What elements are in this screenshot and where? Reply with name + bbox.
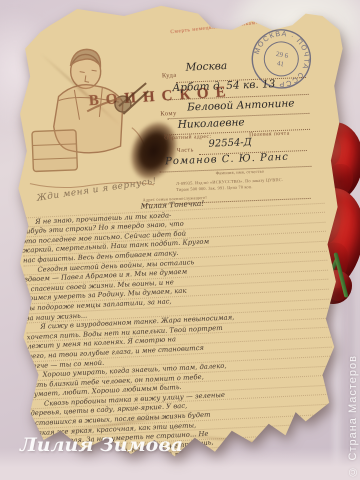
address-city: Москва	[185, 60, 227, 74]
sender-name: Романов С. Ю. Ранс	[165, 152, 289, 168]
unit-label: Часть	[177, 147, 194, 154]
author-watermark: Лилия Зимова	[20, 434, 183, 456]
field-post-label: Полевая почта	[249, 131, 290, 139]
aged-paper: Смерть немецким захватчикам! ВОИНСКОЕ МО…	[10, 2, 346, 468]
sender-caption: Фамилия, имя, отчество	[216, 169, 265, 176]
letter-lines: Я не знаю, прочитаешь ли ты когда-нибудь…	[21, 203, 337, 467]
photo-of-war-letter: Смерть немецким захватчикам! ВОИНСКОЕ МО…	[0, 0, 360, 480]
unit-number: 92554-Д	[208, 137, 252, 150]
letter-content: Смерть немецким захватчикам! ВОИНСКОЕ МО…	[1, 0, 355, 474]
recipient-patronymic: Николаевне	[178, 116, 245, 131]
kuda-label: Куда	[162, 72, 177, 80]
return-address-label: Обратный адрес:	[164, 134, 211, 142]
letter-sheet: Смерть немецким захватчикам! ВОИНСКОЕ МО…	[10, 2, 346, 468]
postmark-date2: 41	[276, 59, 285, 68]
address-street: Арбат д. 54 кв. 13	[172, 78, 275, 94]
site-watermark: © Страна Мастеров	[347, 355, 359, 478]
